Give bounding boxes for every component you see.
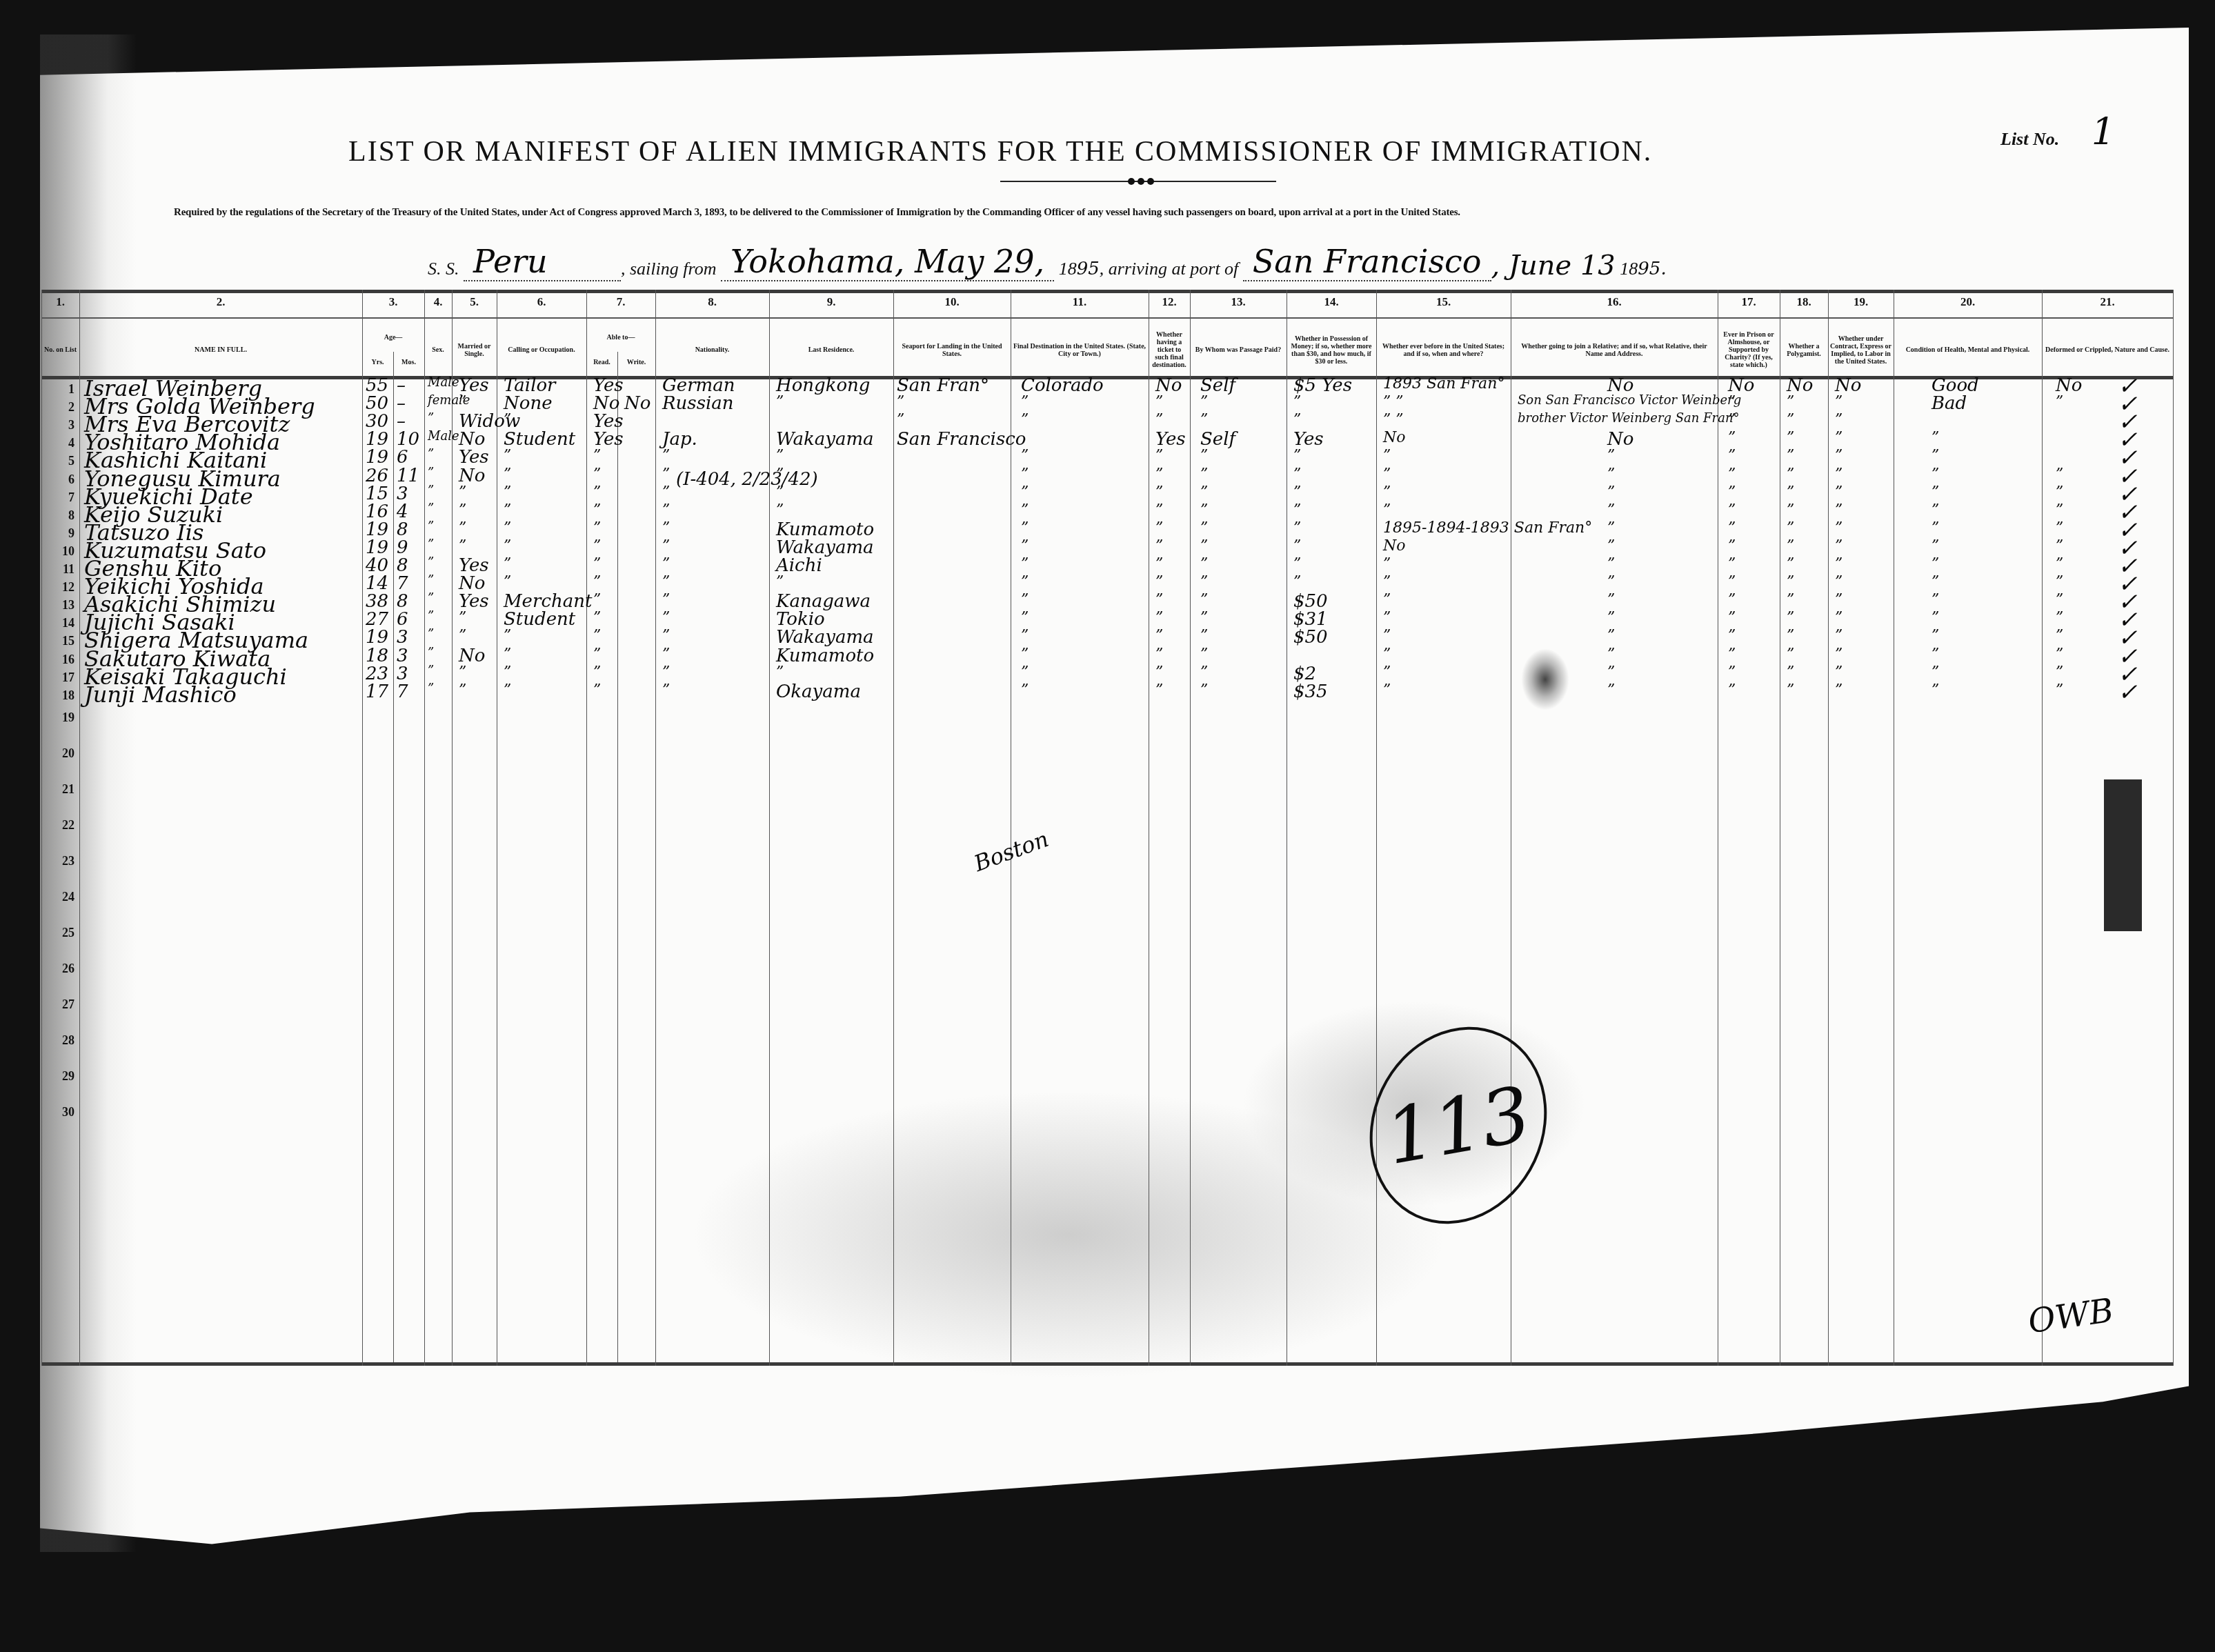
- cell-before-us: ”: [1383, 627, 1391, 644]
- column-header: Age—: [362, 324, 424, 350]
- cell-seaport: San Fran°: [897, 375, 989, 396]
- cell-polygamist: ”: [1787, 484, 1794, 501]
- cell-before-us: ”: [1383, 664, 1391, 681]
- cell-sex: ”: [428, 681, 434, 696]
- tape-patch: [2104, 779, 2142, 931]
- cell-before-us: ”: [1383, 573, 1391, 590]
- subcolumn-rule: [393, 352, 394, 1362]
- cell-nationality: ”: [662, 591, 670, 608]
- cell-paid-by: ”: [1200, 609, 1208, 626]
- cell-destination: ”: [1021, 664, 1029, 681]
- cell-health: ”: [1931, 681, 1939, 699]
- cell-paid-by: ”: [1200, 681, 1208, 699]
- column-number-rule: [41, 317, 2173, 319]
- row-number: 3: [47, 418, 75, 432]
- cell-deformed: ”: [2056, 664, 2063, 681]
- cell-before-us: ”: [1383, 609, 1391, 626]
- cell-read: ”: [593, 591, 601, 608]
- cell-contract: ”: [1835, 429, 1842, 446]
- cell-health: ”: [1931, 429, 1939, 446]
- cell-health: ”: [1931, 466, 1939, 483]
- cell-deformed: ”: [2056, 501, 2063, 519]
- row-number: 7: [47, 490, 75, 505]
- table-top-rule: [41, 290, 2173, 293]
- cell-residence: Wakayama: [776, 429, 874, 450]
- cell-prison: ”: [1728, 484, 1736, 501]
- cell-before-us: 1893 San Fran°: [1383, 375, 1504, 392]
- cell-nationality: ”: [662, 484, 670, 501]
- cell-destination: ”: [1021, 573, 1029, 590]
- cell-destination: ”: [1021, 411, 1029, 428]
- cell-prison: ”: [1728, 627, 1736, 644]
- column-rule: [1828, 290, 1829, 1366]
- cell-nationality: ”: [662, 664, 670, 681]
- cell-prison: ”: [1728, 429, 1736, 446]
- column-header: Condition of Health, Mental and Physical…: [1894, 324, 2042, 376]
- cell-ticket: ”: [1155, 484, 1163, 501]
- arrival-port: San Francisco: [1243, 243, 1491, 281]
- cell-before-us: No: [1383, 429, 1406, 446]
- cell-paid-by: ”: [1200, 447, 1208, 464]
- cell-health: ”: [1931, 646, 1939, 663]
- row-number: 24: [47, 890, 75, 904]
- ship-prefix: S. S.: [428, 259, 459, 279]
- cell-contract: ”: [1835, 627, 1842, 644]
- cell-ticket: ”: [1155, 519, 1163, 537]
- column-number: 5.: [452, 295, 497, 309]
- cell-prison: ”: [1728, 591, 1736, 608]
- column-rule: [1011, 290, 1011, 1366]
- sailing-year-prefix: 18: [1059, 259, 1077, 279]
- cell-sex: Male: [428, 429, 459, 444]
- row-number: 27: [47, 997, 75, 1012]
- row-number: 12: [47, 580, 75, 595]
- cell-read: ”: [593, 646, 601, 663]
- cell-married: ”: [459, 609, 466, 626]
- cell-deformed: ”: [2056, 555, 2063, 573]
- voyage-line: S. S. Peru, sailing from Yokohama, May 2…: [428, 243, 1667, 281]
- row-number: 6: [47, 472, 75, 487]
- cell-paid-by: ”: [1200, 501, 1208, 519]
- cell-health: ”: [1931, 501, 1939, 519]
- column-number: 19.: [1828, 295, 1894, 309]
- column-rule: [2042, 290, 2043, 1366]
- cell-paid-by: ”: [1200, 573, 1208, 590]
- cell-sex: ”: [428, 537, 434, 552]
- cell-ticket: ”: [1155, 466, 1163, 483]
- column-header: Whether ever before in the United States…: [1376, 324, 1511, 376]
- cell-paid-by: ”: [1200, 591, 1208, 608]
- cell-nationality: Russian: [662, 393, 734, 414]
- cell-occupation: ”: [504, 681, 511, 699]
- row-number: 14: [47, 616, 75, 630]
- cell-deformed: ”: [2056, 466, 2063, 483]
- column-number: 4.: [424, 295, 452, 309]
- cell-ticket: ”: [1155, 447, 1163, 464]
- cell-contract: ”: [1835, 664, 1842, 681]
- column-header: No. on List: [41, 324, 79, 376]
- row-number: 11: [47, 562, 75, 577]
- cell-residence: ”: [776, 393, 784, 410]
- cell-married: ”: [459, 664, 466, 681]
- column-rule: [79, 290, 80, 1366]
- cell-prison: ”: [1728, 573, 1736, 590]
- cell-polygamist: ”: [1787, 646, 1794, 663]
- cell-mos: 7: [397, 681, 408, 702]
- manifest-table: 1.No. on List2.NAME IN FULL.3.Age—Yrs.Mo…: [41, 290, 2173, 1366]
- cell-money: $35: [1293, 681, 1328, 702]
- cell-relative: ”: [1607, 591, 1615, 608]
- row-number: 19: [47, 710, 75, 725]
- annotation-note: (I-404, 2/23/42): [676, 469, 818, 490]
- row-number: 8: [47, 508, 75, 523]
- cell-destination: ”: [1021, 646, 1029, 663]
- cell-read: ”: [593, 664, 601, 681]
- cell-relative: ”: [1607, 466, 1615, 483]
- cell-occupation: Student: [504, 429, 575, 450]
- sailing-label: , sailing from: [621, 259, 716, 279]
- cell-read: ”: [593, 537, 601, 555]
- cell-relative: ”: [1607, 664, 1615, 681]
- column-number: 20.: [1894, 295, 2042, 309]
- cell-ticket: ”: [1155, 627, 1163, 644]
- cell-destination: ”: [1021, 447, 1029, 464]
- column-header: Whether in Possession of Money; if so, w…: [1287, 324, 1376, 376]
- arriving-label: , arriving at port of: [1100, 259, 1239, 279]
- cell-money: ”: [1293, 484, 1301, 501]
- cell-ticket: ”: [1155, 646, 1163, 663]
- cell-destination: ”: [1021, 393, 1029, 410]
- column-rule: [1511, 290, 1511, 1366]
- cell-contract: ”: [1835, 519, 1842, 537]
- cell-nationality: ”: [662, 627, 670, 644]
- cell-deformed: ”: [2056, 519, 2063, 537]
- cell-sex: ”: [428, 573, 434, 588]
- cell-money: ”: [1293, 573, 1301, 590]
- cell-contract: ”: [1835, 411, 1842, 428]
- cell-destination: Colorado: [1021, 375, 1104, 396]
- column-header: Calling or Occupation.: [497, 324, 586, 376]
- cell-married: ”: [459, 681, 466, 699]
- cell-yrs: 17: [366, 681, 388, 702]
- circled-number-text: 113: [1379, 1069, 1537, 1182]
- column-rule: [2173, 290, 2174, 1366]
- column-number: 17.: [1718, 295, 1780, 309]
- column-subheader: Mos.: [393, 359, 424, 366]
- column-number: 10.: [893, 295, 1011, 309]
- cell-polygamist: ”: [1787, 429, 1794, 446]
- cell-deformed: ”: [2056, 484, 2063, 501]
- cell-nationality: ”: [662, 609, 670, 626]
- cell-health: ”: [1931, 519, 1939, 537]
- cell-sex: ”: [428, 627, 434, 641]
- cell-health: ”: [1931, 609, 1939, 626]
- cell-before-us: ” ”: [1383, 393, 1404, 410]
- cell-health: ”: [1931, 573, 1939, 590]
- cell-paid-by: ”: [1200, 393, 1208, 410]
- cell-deformed: ”: [2056, 627, 2063, 644]
- row-number: 30: [47, 1105, 75, 1119]
- cell-relative: ”: [1607, 609, 1615, 626]
- column-number: 14.: [1287, 295, 1376, 309]
- column-number: 15.: [1376, 295, 1511, 309]
- cell-health: Bad: [1931, 393, 1967, 414]
- cell-money: ”: [1293, 466, 1301, 483]
- cell-ticket: ”: [1155, 411, 1163, 428]
- column-header: Seaport for Landing in the United States…: [893, 324, 1011, 376]
- cell-prison: ”: [1728, 393, 1736, 410]
- column-header: Sex.: [424, 324, 452, 376]
- cell-sex: ”: [428, 519, 434, 534]
- cell-occupation: ”: [504, 501, 511, 519]
- cell-money: ”: [1293, 393, 1301, 410]
- cell-contract: ”: [1835, 609, 1842, 626]
- column-header: NAME IN FULL.: [79, 324, 362, 376]
- list-number-label: List No.: [2000, 129, 2059, 149]
- column-number: 2.: [79, 295, 362, 309]
- cell-paid-by: ”: [1200, 537, 1208, 555]
- cell-polygamist: ”: [1787, 627, 1794, 644]
- column-rule: [41, 290, 42, 1366]
- column-rule: [769, 290, 770, 1366]
- cell-residence: ”: [776, 664, 784, 681]
- cell-before-us: No: [1383, 537, 1406, 555]
- cell-deformed: ”: [2056, 681, 2063, 699]
- cell-relative: ”: [1607, 519, 1615, 537]
- cell-occupation: ”: [504, 466, 511, 483]
- cell-polygamist: ”: [1787, 519, 1794, 537]
- cell-polygamist: ”: [1787, 447, 1794, 464]
- cell-polygamist: ”: [1787, 501, 1794, 519]
- cell-money: ”: [1293, 537, 1301, 555]
- row-number: 2: [47, 400, 75, 415]
- cell-relative: ”: [1607, 537, 1615, 555]
- cell-contract: ”: [1835, 573, 1842, 590]
- column-number: 13.: [1190, 295, 1287, 309]
- column-number: 11.: [1011, 295, 1149, 309]
- cell-before-us: ”: [1383, 555, 1391, 573]
- column-rule: [893, 290, 894, 1366]
- column-number: 12.: [1149, 295, 1190, 309]
- cell-relative: ”: [1607, 501, 1615, 519]
- cell-married: ”: [459, 627, 466, 644]
- cell-health: ”: [1931, 664, 1939, 681]
- arrival-date: , June 13: [1491, 250, 1616, 281]
- list-number: List No. 1: [2000, 110, 2115, 154]
- cell-contract: ”: [1835, 484, 1842, 501]
- cell-destination: ”: [1021, 609, 1029, 626]
- cell-seaport: San Francisco: [897, 429, 1026, 450]
- cell-relative: ”: [1607, 646, 1615, 663]
- cell-residence: ”: [776, 501, 784, 519]
- cell-relative: ”: [1607, 447, 1615, 464]
- cell-contract: ”: [1835, 646, 1842, 663]
- cell-read: ”: [593, 519, 601, 537]
- cell-money: $5 Yes: [1293, 375, 1352, 396]
- cell-sex: ”: [428, 484, 434, 498]
- cell-before-us: ”: [1383, 466, 1391, 483]
- cell-read: ”: [593, 555, 601, 573]
- column-header: Married or Single.: [452, 324, 497, 376]
- column-number: 8.: [655, 295, 769, 309]
- cell-relative: ”: [1607, 484, 1615, 501]
- cell-polygamist: ”: [1787, 609, 1794, 626]
- cell-polygamist: ”: [1787, 681, 1794, 699]
- column-rule: [452, 290, 453, 1366]
- column-rule: [1190, 290, 1191, 1366]
- cell-deformed: ”: [2056, 573, 2063, 590]
- column-number: 21.: [2042, 295, 2173, 309]
- cell-nationality: ”: [662, 573, 670, 590]
- cell-polygamist: ”: [1787, 573, 1794, 590]
- cell-nationality: ”: [662, 681, 670, 699]
- cell-polygamist: ”: [1787, 411, 1794, 428]
- cell-prison: ”: [1728, 466, 1736, 483]
- ink-smudge: [1521, 648, 1569, 710]
- cell-ticket: ”: [1155, 664, 1163, 681]
- column-rule: [362, 290, 363, 1366]
- cell-residence: ”: [776, 573, 784, 590]
- cell-sex: ”: [428, 664, 434, 678]
- cell-married: ”: [459, 393, 466, 410]
- cell-destination: ”: [1021, 466, 1029, 483]
- row-number: 16: [47, 653, 75, 667]
- column-header: Ever in Prison or Almshouse, or Supporte…: [1718, 324, 1780, 376]
- cell-sex: ”: [428, 411, 434, 426]
- cell-residence: Kumamoto: [776, 646, 874, 666]
- cell-deformed: ”: [2056, 609, 2063, 626]
- cell-occupation: ”: [504, 646, 511, 663]
- cell-money: ”: [1293, 555, 1301, 573]
- column-header: Last Residence.: [769, 324, 893, 376]
- cell-nationality: ”: [662, 447, 670, 464]
- cell-contract: ”: [1835, 591, 1842, 608]
- row-number: 17: [47, 670, 75, 685]
- cell-occupation: ”: [504, 537, 511, 555]
- cell-contract: ”: [1835, 537, 1842, 555]
- cell-polygamist: ”: [1787, 466, 1794, 483]
- column-number: 9.: [769, 295, 893, 309]
- column-number: 1.: [41, 295, 79, 309]
- cell-before-us: ”: [1383, 484, 1391, 501]
- cell-read: ”: [593, 466, 601, 483]
- cell-read: ”: [593, 501, 601, 519]
- check-icon: ✓: [2118, 679, 2138, 706]
- cell-contract: ”: [1835, 555, 1842, 573]
- cell-seaport: ”: [897, 411, 904, 428]
- cell-read: ”: [593, 627, 601, 644]
- cell-ticket: ”: [1155, 573, 1163, 590]
- cell-contract: ”: [1835, 447, 1842, 464]
- row-number: 23: [47, 854, 75, 868]
- cell-polygamist: ”: [1787, 555, 1794, 573]
- list-number-value: 1: [2092, 110, 2115, 154]
- arrival-year: 95.: [1638, 259, 1666, 279]
- cell-health: ”: [1931, 447, 1939, 464]
- column-header: Able to—: [586, 324, 655, 350]
- column-rule: [424, 290, 425, 1366]
- cell-contract: ”: [1835, 393, 1842, 410]
- column-subheader: Write.: [617, 359, 655, 366]
- column-header: Deformed or Crippled, Nature and Cause.: [2042, 324, 2173, 376]
- row-number: 26: [47, 962, 75, 976]
- column-number: 16.: [1511, 295, 1718, 309]
- cell-sex: ”: [428, 447, 434, 461]
- cell-ticket: ”: [1155, 681, 1163, 699]
- cell-ticket: ”: [1155, 591, 1163, 608]
- cell-ticket: ”: [1155, 555, 1163, 573]
- cell-paid-by: ”: [1200, 646, 1208, 663]
- cell-deformed: ”: [2056, 646, 2063, 663]
- cell-nationality: ”: [662, 537, 670, 555]
- column-rule: [1149, 290, 1149, 1366]
- cell-read: ”: [593, 573, 601, 590]
- cell-prison: ”: [1728, 681, 1736, 699]
- sailing-from: Yokohama, May 29,: [721, 243, 1054, 281]
- column-rule: [586, 290, 587, 1366]
- cell-prison: ”: [1728, 609, 1736, 626]
- cell-occupation: ”: [504, 447, 511, 464]
- cell-occupation: Student: [504, 609, 575, 630]
- cell-before-us: 1895-1894-1893 San Fran°: [1383, 519, 1592, 537]
- cell-sex: ”: [428, 609, 434, 624]
- cell-prison: ”: [1728, 555, 1736, 573]
- column-subheader: Read.: [586, 359, 617, 366]
- column-header: Final Destination in the United States. …: [1011, 324, 1149, 376]
- cell-occupation: ”: [504, 411, 511, 428]
- column-number: 7.: [586, 295, 655, 309]
- cell-ticket: ”: [1155, 393, 1163, 410]
- cell-health: ”: [1931, 555, 1939, 573]
- row-number: 5: [47, 454, 75, 468]
- cell-paid-by: ”: [1200, 555, 1208, 573]
- cell-before-us: ”: [1383, 447, 1391, 464]
- column-rule: [1287, 290, 1287, 1366]
- cell-nationality: ”: [662, 501, 670, 519]
- cell-residence: Hongkong: [776, 375, 871, 396]
- cell-prison: ”: [1728, 447, 1736, 464]
- cell-write: No: [624, 393, 650, 414]
- cell-paid-by: ”: [1200, 411, 1208, 428]
- cell-sex: ”: [428, 591, 434, 606]
- row-number: 21: [47, 782, 75, 797]
- row-number: 18: [47, 688, 75, 703]
- row-number: 22: [47, 818, 75, 833]
- row-number: 28: [47, 1033, 75, 1048]
- cell-ticket: ”: [1155, 537, 1163, 555]
- cell-prison: ”: [1728, 646, 1736, 663]
- cell-prison: ”: [1728, 537, 1736, 555]
- cell-deformed: ”: [2056, 393, 2063, 410]
- cell-polygamist: ”: [1787, 664, 1794, 681]
- cell-occupation: ”: [504, 555, 511, 573]
- page-title: LIST OR MANIFEST OF ALIEN IMMIGRANTS FOR…: [348, 135, 1652, 168]
- cell-contract: ”: [1835, 501, 1842, 519]
- row-number: 13: [47, 598, 75, 613]
- cell-money: ”: [1293, 447, 1301, 464]
- cell-deformed: ”: [2056, 591, 2063, 608]
- column-rule: [1718, 290, 1718, 1366]
- row-number: 10: [47, 544, 75, 559]
- cell-before-us: ”: [1383, 501, 1391, 519]
- cell-polygamist: ”: [1787, 537, 1794, 555]
- cell-ticket: ”: [1155, 501, 1163, 519]
- cell-health: ”: [1931, 627, 1939, 644]
- cell-read: ”: [593, 681, 601, 699]
- row-number: 15: [47, 634, 75, 648]
- cell-ticket: ”: [1155, 609, 1163, 626]
- cell-destination: ”: [1021, 519, 1029, 537]
